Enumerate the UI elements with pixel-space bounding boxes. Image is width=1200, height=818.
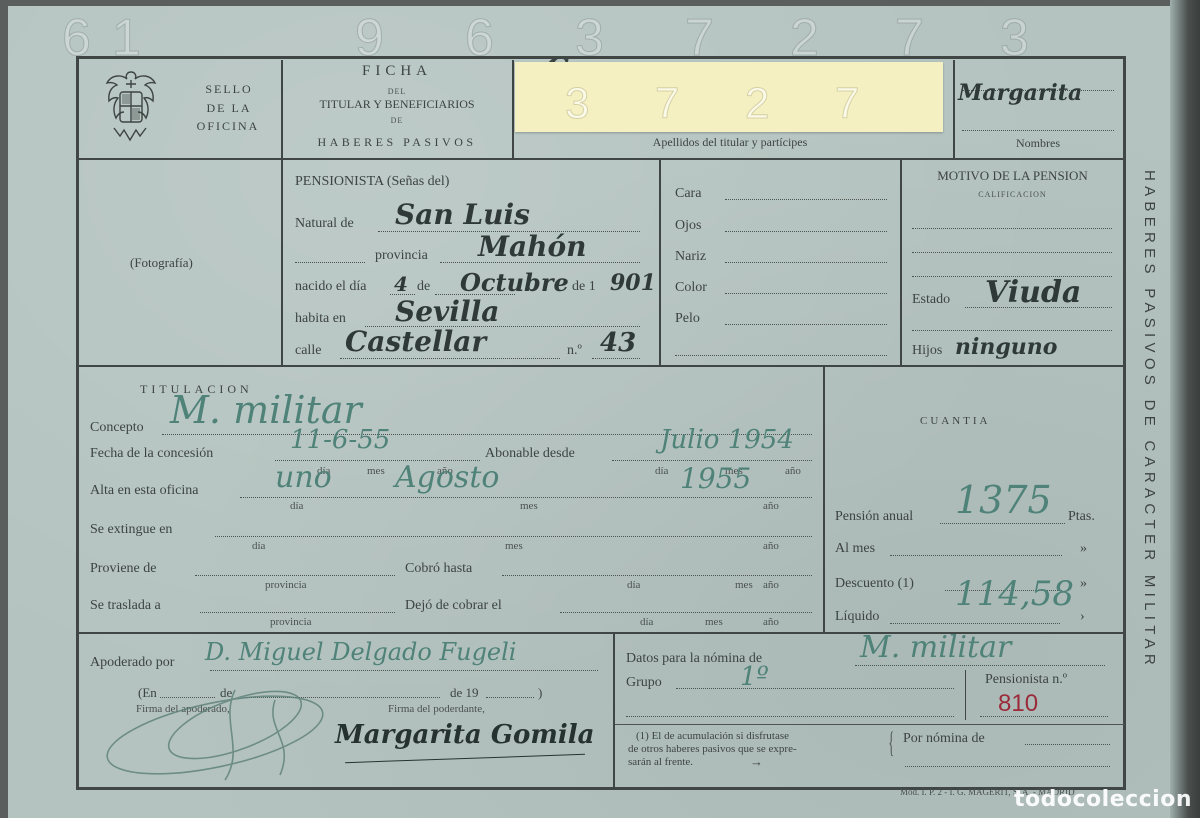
photo-placeholder-label: (Fotografía) (130, 255, 193, 271)
field-line (200, 612, 395, 613)
divider (78, 365, 1124, 367)
street-number-value: 43 (600, 328, 636, 358)
born-day-label: nacido el día (295, 279, 367, 295)
field-line (725, 293, 887, 294)
field-line (912, 330, 1112, 331)
ditto-mark: » (1080, 541, 1087, 557)
office-registration-month: Agosto (395, 460, 499, 495)
field-line (240, 497, 812, 498)
field-line (560, 612, 812, 613)
group-value: 1º (740, 662, 769, 692)
field-line (905, 766, 1110, 767)
day-label: día (640, 616, 653, 628)
year-label: año (763, 540, 779, 552)
group-label: Grupo (626, 675, 662, 691)
field-line (962, 130, 1114, 131)
by-payroll-label: Por nómina de (903, 731, 985, 747)
provincia-label: provincia (375, 248, 428, 264)
form-title-del: DEL (282, 87, 512, 96)
field-line (912, 228, 1112, 229)
field-line (210, 670, 598, 671)
street-value: Castellar (345, 325, 486, 358)
natural-de-value: San Luis (395, 198, 530, 231)
natural-de-label: Natural de (295, 216, 354, 232)
discount-label: Descuento (1) (835, 576, 914, 592)
field-line (502, 575, 812, 576)
proxy-value: D. Miguel Delgado Fugeli (205, 638, 516, 666)
children-label: Hijos (912, 343, 942, 359)
net-label: Líquido (835, 609, 879, 625)
amount-heading: CUANTIA (920, 415, 991, 427)
field-line (612, 460, 812, 461)
redaction-sticky-note (515, 62, 943, 132)
born-day-value: 4 (394, 272, 408, 296)
year-label: año (785, 465, 801, 477)
pensioner-number-label: Pensionista n.º (985, 672, 1067, 688)
motive-subheading: CALIFICACION (900, 190, 1125, 199)
field-line (215, 536, 812, 537)
provincia-value: Mahón (478, 230, 587, 263)
field-line (486, 697, 534, 698)
field-line (725, 324, 887, 325)
street-number-label: n.º (567, 343, 582, 359)
office-registration-year: 1955 (680, 462, 751, 495)
divider (613, 634, 615, 789)
currency-label: Ptas. (1068, 509, 1095, 525)
de-19-label: de 19 (450, 685, 479, 701)
ditto-mark: › (1080, 609, 1085, 625)
payable-from-value: Julio 1954 (660, 425, 794, 455)
day-label: día (627, 579, 640, 591)
paid-until-label: Cobró hasta (405, 561, 472, 577)
todocoleccion-watermark: todocoleccion (1014, 787, 1192, 812)
lives-in-value: Sevilla (395, 295, 499, 328)
grantor-signature-label: Firma del poderdante, (388, 703, 485, 715)
field-line (592, 358, 640, 359)
divider (281, 160, 283, 365)
page-edge-shadow (1170, 0, 1200, 818)
payroll-data-value: M. militar (860, 630, 1011, 665)
field-line (195, 575, 395, 576)
grant-date-label: Fecha de la concesión (90, 446, 213, 462)
net-value: 114,58 (955, 574, 1074, 614)
field-line (340, 358, 560, 359)
annual-pension-value: 1375 (955, 478, 1052, 522)
born-year-prefix-label: de 1 (572, 279, 596, 295)
monthly-label: Al mes (835, 541, 875, 557)
close-paren: ) (538, 685, 542, 701)
field-line (725, 262, 887, 263)
form-subtitle2: HABERES PASIVOS (282, 135, 512, 150)
names-label: Nombres (953, 136, 1123, 151)
field-line (855, 665, 1105, 666)
form-subtitle: TITULAR Y BENEFICIARIOS (282, 97, 512, 112)
ditto-mark: » (1080, 576, 1087, 592)
province-label: provincia (270, 616, 312, 628)
office-registration-day: uno (275, 460, 332, 495)
footnote-line3: sarán al frente. (628, 756, 693, 768)
feature-face-label: Cara (675, 186, 701, 202)
footnote-line1: (1) El de acumulación si disfrutase (636, 730, 789, 742)
lives-in-label: habita en (295, 311, 346, 327)
children-value: ninguno (955, 334, 1057, 360)
born-de-label: de (417, 279, 430, 295)
year-label: año (763, 500, 779, 512)
month-label: mes (705, 616, 723, 628)
divider (512, 60, 514, 160)
grantor-signature: Margarita Gomila (335, 720, 595, 750)
feature-hair-label: Pelo (675, 311, 700, 327)
day-label: día (252, 540, 265, 552)
form-title-de: DE (282, 116, 512, 125)
field-line (725, 199, 887, 200)
coat-of-arms-eagle-icon (104, 68, 158, 148)
year-label: año (763, 579, 779, 591)
field-line (295, 262, 365, 263)
field-line (676, 688, 954, 689)
field-line (912, 252, 1112, 253)
office-seal-label-line1: SELLO (189, 82, 269, 97)
feature-nose-label: Nariz (675, 249, 706, 265)
divider (659, 160, 661, 365)
motive-heading: MOTIVO DE LA PENSION (900, 168, 1125, 184)
form-title: FICHA (282, 63, 512, 80)
street-label: calle (295, 343, 321, 359)
pensioner-number-value: 810 (998, 690, 1038, 718)
office-seal-label-line2: DE LA (189, 101, 269, 116)
names-value: Margarita (958, 80, 1082, 106)
day-label: día (290, 500, 303, 512)
field-line (675, 355, 887, 356)
born-month-value: Octubre (460, 268, 569, 297)
surnames-label: Apellidos del titular y partícipes (515, 135, 945, 150)
day-label: día (655, 465, 668, 477)
brace-icon: { (888, 726, 894, 760)
field-line (1025, 744, 1110, 745)
feature-eyes-label: Ojos (675, 218, 701, 234)
marital-status-label: Estado (912, 292, 950, 308)
divider (823, 367, 825, 632)
concept-label: Concepto (90, 420, 144, 436)
year-label: año (763, 616, 779, 628)
proxy-label: Apoderado por (90, 655, 174, 671)
proxy-signature-scrawl-icon (95, 680, 365, 790)
feature-color-label: Color (675, 280, 707, 296)
footnote-line2: de otros haberes pasivos que se expre- (628, 743, 797, 755)
expires-label: Se extingue en (90, 522, 172, 538)
field-line (890, 555, 1062, 556)
transfers-to-label: Se traslada a (90, 598, 161, 614)
grant-date-value: 11-6-55 (290, 425, 390, 455)
marital-status-value: Viuda (985, 275, 1081, 310)
month-label: mes (520, 500, 538, 512)
arrow-icon: → (750, 754, 763, 770)
field-line (725, 231, 887, 232)
field-line (890, 623, 1060, 624)
pensioner-heading: PENSIONISTA (Señas del) (295, 174, 449, 190)
divider (78, 158, 1124, 160)
born-year-value: 901 (610, 270, 656, 296)
comes-from-label: Proviene de (90, 561, 156, 577)
office-seal-label-line3: OFICINA (183, 119, 273, 134)
month-label: mes (367, 465, 385, 477)
month-label: mes (735, 579, 753, 591)
divider (965, 670, 966, 720)
side-title: HABERES PASIVOS DE CARACTER MILITAR (1128, 70, 1158, 770)
stopped-payment-label: Dejó de cobrar el (405, 598, 502, 614)
office-registration-label: Alta en esta oficina (90, 483, 198, 499)
province-label: provincia (265, 579, 307, 591)
month-label: mes (505, 540, 523, 552)
annual-pension-label: Pensión anual (835, 509, 913, 525)
divider (615, 724, 1125, 725)
field-line (626, 716, 954, 717)
field-line (940, 523, 1065, 524)
